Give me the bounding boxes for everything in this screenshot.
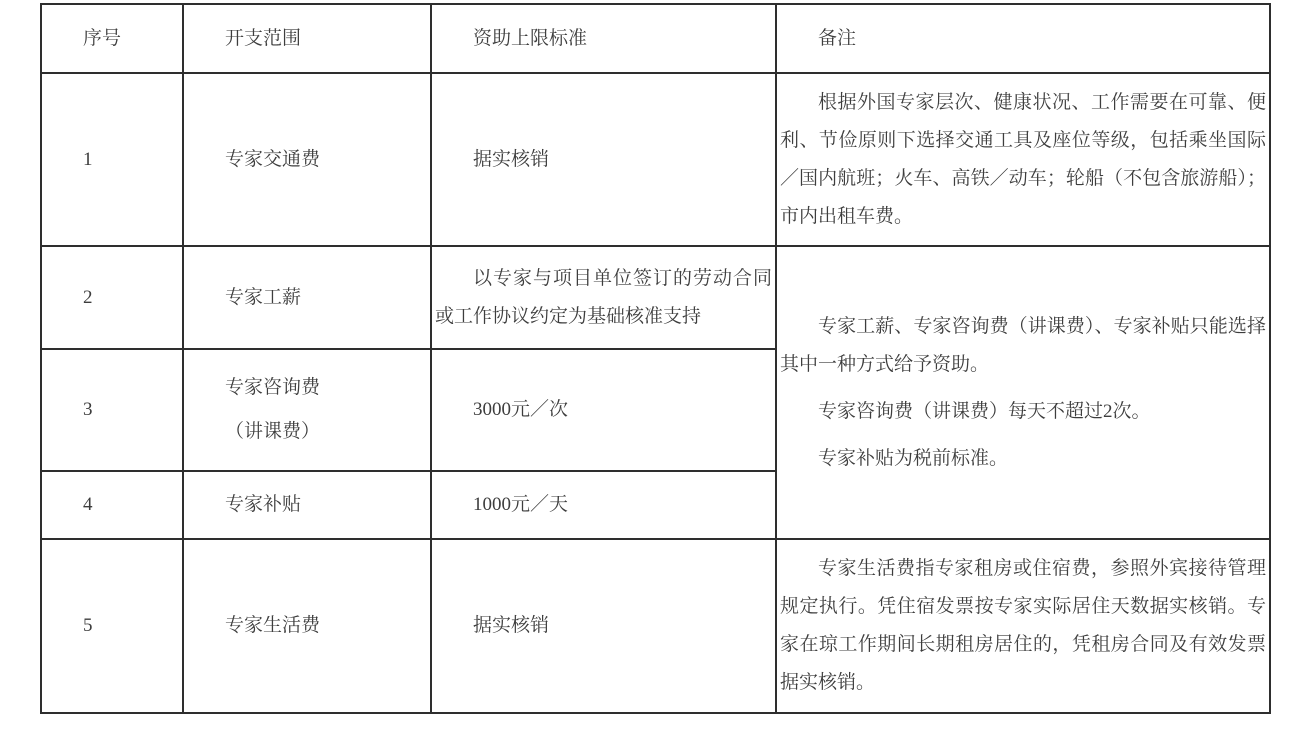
row3-funding-limit: 3000元／次 [431, 349, 776, 471]
row3-serial-number-value: 3 [45, 391, 179, 429]
header-remark-label: 备注 [780, 20, 1266, 58]
row5-funding-limit: 据实核销 [431, 539, 776, 713]
row5-funding-limit-value: 据实核销 [435, 607, 772, 645]
row5-serial-number: 5 [41, 539, 183, 713]
row1-expense-scope-value: 专家交通费 [187, 141, 427, 179]
header-expense-scope: 开支范围 [183, 4, 431, 73]
row2-expense-scope-value: 专家工薪 [187, 279, 427, 317]
row2-funding-limit: 以专家与项目单位签订的劳动合同或工作协议约定为基础核准支持 [431, 246, 776, 349]
table-row-2: 2 专家工薪 以专家与项目单位签订的劳动合同或工作协议约定为基础核准支持 专家工… [41, 246, 1270, 349]
row3-expense-scope-line1: 专家咨询费 [187, 369, 427, 407]
row1-remark: 根据外国专家层次、健康状况、工作需要在可靠、便利、节俭原则下选择交通工具及座位等… [776, 73, 1270, 246]
row3-serial-number: 3 [41, 349, 183, 471]
header-serial-number-label: 序号 [45, 20, 179, 58]
merged-remark-rows-2-4: 专家工薪、专家咨询费（讲课费）、专家补贴只能选择其中一种方式给予资助。 专家咨询… [776, 246, 1270, 539]
row1-funding-limit-value: 据实核销 [435, 141, 772, 179]
row4-serial-number: 4 [41, 471, 183, 539]
header-remark: 备注 [776, 4, 1270, 73]
row4-serial-number-value: 4 [45, 486, 179, 524]
row4-funding-limit: 1000元／天 [431, 471, 776, 539]
document-page: 序号 开支范围 资助上限标准 备注 1 专家交通费 [0, 0, 1302, 731]
row3-expense-scope-line2: （讲课费） [187, 413, 427, 451]
table-row-1: 1 专家交通费 据实核销 根据外国专家层次、健康状况、工作需要在可靠、便利、节俭… [41, 73, 1270, 246]
row1-serial-number: 1 [41, 73, 183, 246]
row5-remark: 专家生活费指专家租房或住宿费，参照外宾接待管理规定执行。凭住宿发票按专家实际居住… [776, 539, 1270, 713]
merged-remark-paragraph-3: 专家补贴为税前标准。 [780, 440, 1266, 478]
row3-funding-limit-value: 3000元／次 [435, 391, 772, 429]
row5-expense-scope: 专家生活费 [183, 539, 431, 713]
table-header-row: 序号 开支范围 资助上限标准 备注 [41, 4, 1270, 73]
header-funding-limit-label: 资助上限标准 [435, 20, 772, 58]
row4-expense-scope-value: 专家补贴 [187, 486, 427, 524]
row4-expense-scope: 专家补贴 [183, 471, 431, 539]
merged-remark-paragraph-1: 专家工薪、专家咨询费（讲课费）、专家补贴只能选择其中一种方式给予资助。 [780, 308, 1266, 384]
row1-remark-text: 根据外国专家层次、健康状况、工作需要在可靠、便利、节俭原则下选择交通工具及座位等… [780, 84, 1266, 236]
row5-expense-scope-value: 专家生活费 [187, 607, 427, 645]
row1-funding-limit: 据实核销 [431, 73, 776, 246]
row2-serial-number: 2 [41, 246, 183, 349]
row3-expense-scope: 专家咨询费 （讲课费） [183, 349, 431, 471]
merged-remark-paragraph-2: 专家咨询费（讲课费）每天不超过2次。 [780, 393, 1266, 431]
row4-funding-limit-value: 1000元／天 [435, 486, 772, 524]
row1-serial-number-value: 1 [45, 141, 179, 179]
row5-serial-number-value: 5 [45, 607, 179, 645]
row2-expense-scope: 专家工薪 [183, 246, 431, 349]
row2-funding-limit-value: 以专家与项目单位签订的劳动合同或工作协议约定为基础核准支持 [435, 260, 772, 336]
row5-remark-text: 专家生活费指专家租房或住宿费，参照外宾接待管理规定执行。凭住宿发票按专家实际居住… [780, 550, 1266, 702]
expense-scope-table: 序号 开支范围 资助上限标准 备注 1 专家交通费 [40, 3, 1271, 714]
row2-serial-number-value: 2 [45, 279, 179, 317]
header-expense-scope-label: 开支范围 [187, 20, 427, 58]
header-funding-limit: 资助上限标准 [431, 4, 776, 73]
row1-expense-scope: 专家交通费 [183, 73, 431, 246]
table-row-5: 5 专家生活费 据实核销 专家生活费指专家租房或住宿费，参照外宾接待管理规定执行… [41, 539, 1270, 713]
header-serial-number: 序号 [41, 4, 183, 73]
